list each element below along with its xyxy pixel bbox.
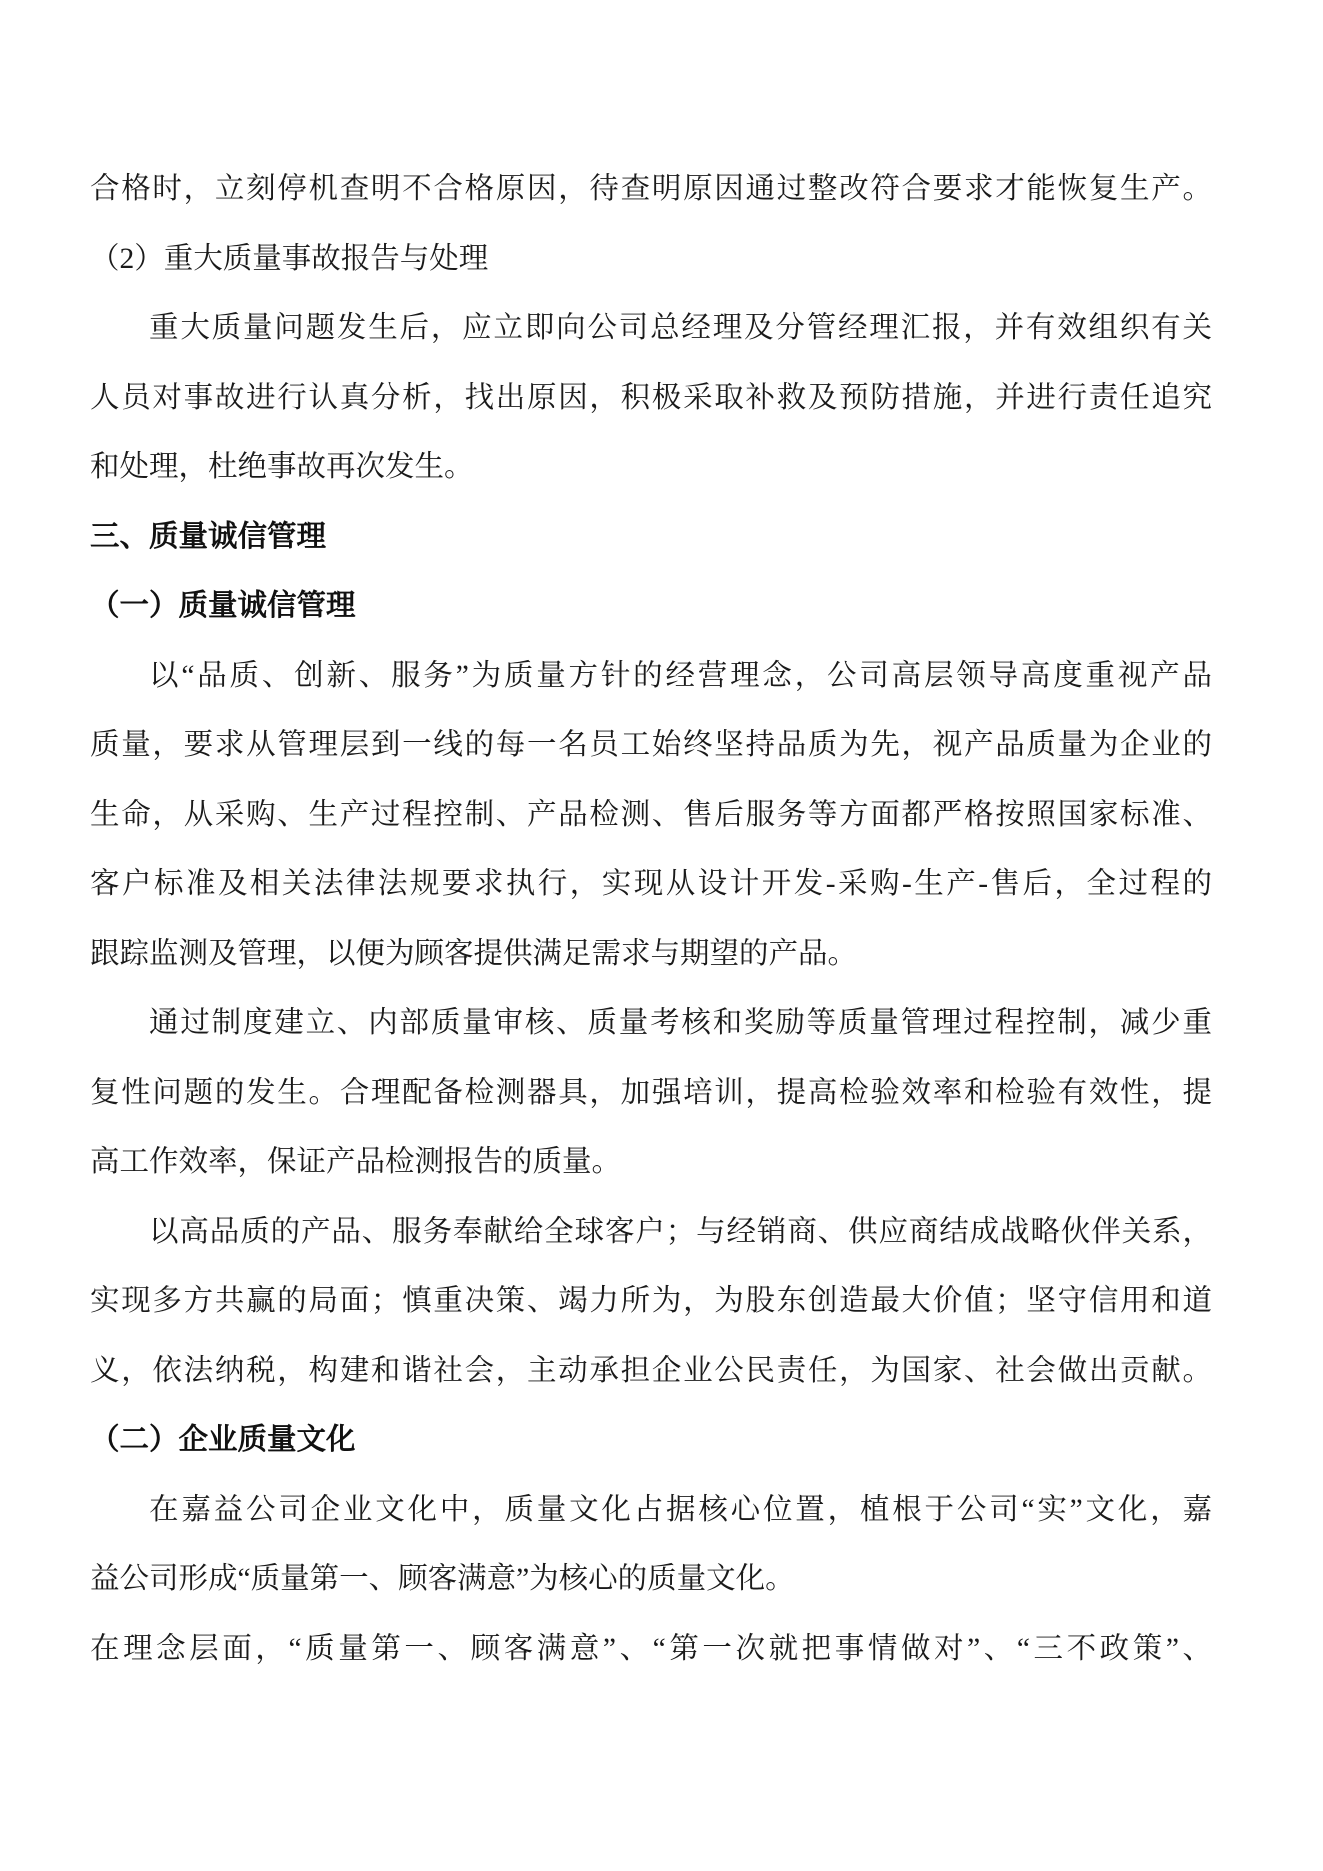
- text-line: 合格时，立刻停机查明不合格原因，待查明原因通过整改符合要求才能恢复生产。: [90, 155, 1212, 225]
- text-line: 实现多方共赢的局面；慎重决策、竭力所为，为股东创造最大价值；坚守信用和道: [90, 1267, 1212, 1337]
- text-line: （2）重大质量事故报告与处理: [90, 225, 1212, 295]
- heading-line: （二）企业质量文化: [90, 1406, 1212, 1476]
- text-line: 在理念层面，“质量第一、顾客满意”、“第一次就把事情做对”、“三不政策”、: [90, 1615, 1212, 1685]
- text-line: 义，依法纳税，构建和谐社会，主动承担企业公民责任，为国家、社会做出贡献。: [90, 1337, 1212, 1407]
- text-line: 通过制度建立、内部质量审核、质量考核和奖励等质量管理过程控制，减少重: [90, 989, 1212, 1059]
- document-body: 合格时，立刻停机查明不合格原因，待查明原因通过整改符合要求才能恢复生产。（2）重…: [0, 0, 1323, 1684]
- text-line: 跟踪监测及管理，以便为顾客提供满足需求与期望的产品。: [90, 920, 1212, 990]
- heading-line: 三、质量诚信管理: [90, 503, 1212, 573]
- text-line: 以高品质的产品、服务奉献给全球客户；与经销商、供应商结成战略伙伴关系，: [90, 1198, 1212, 1268]
- text-line: 客户标准及相关法律法规要求执行，实现从设计开发-采购-生产-售后，全过程的: [90, 850, 1212, 920]
- text-line: 复性问题的发生。合理配备检测器具，加强培训，提高检验效率和检验有效性，提: [90, 1059, 1212, 1129]
- text-line: 重大质量问题发生后，应立即向公司总经理及分管经理汇报，并有效组织有关: [90, 294, 1212, 364]
- text-line: 和处理，杜绝事故再次发生。: [90, 433, 1212, 503]
- text-line: 益公司形成“质量第一、顾客满意”为核心的质量文化。: [90, 1545, 1212, 1615]
- text-line: 以“品质、创新、服务”为质量方针的经营理念，公司高层领导高度重视产品: [90, 642, 1212, 712]
- document-page: 合格时，立刻停机查明不合格原因，待查明原因通过整改符合要求才能恢复生产。（2）重…: [0, 0, 1323, 1871]
- text-line: 质量，要求从管理层到一线的每一名员工始终坚持品质为先，视产品质量为企业的: [90, 711, 1212, 781]
- text-line: 生命，从采购、生产过程控制、产品检测、售后服务等方面都严格按照国家标准、: [90, 781, 1212, 851]
- heading-line: （一）质量诚信管理: [90, 572, 1212, 642]
- text-line: 高工作效率，保证产品检测报告的质量。: [90, 1128, 1212, 1198]
- text-line: 人员对事故进行认真分析，找出原因，积极采取补救及预防措施，并进行责任追究: [90, 364, 1212, 434]
- text-line: 在嘉益公司企业文化中，质量文化占据核心位置，植根于公司“实”文化，嘉: [90, 1476, 1212, 1546]
